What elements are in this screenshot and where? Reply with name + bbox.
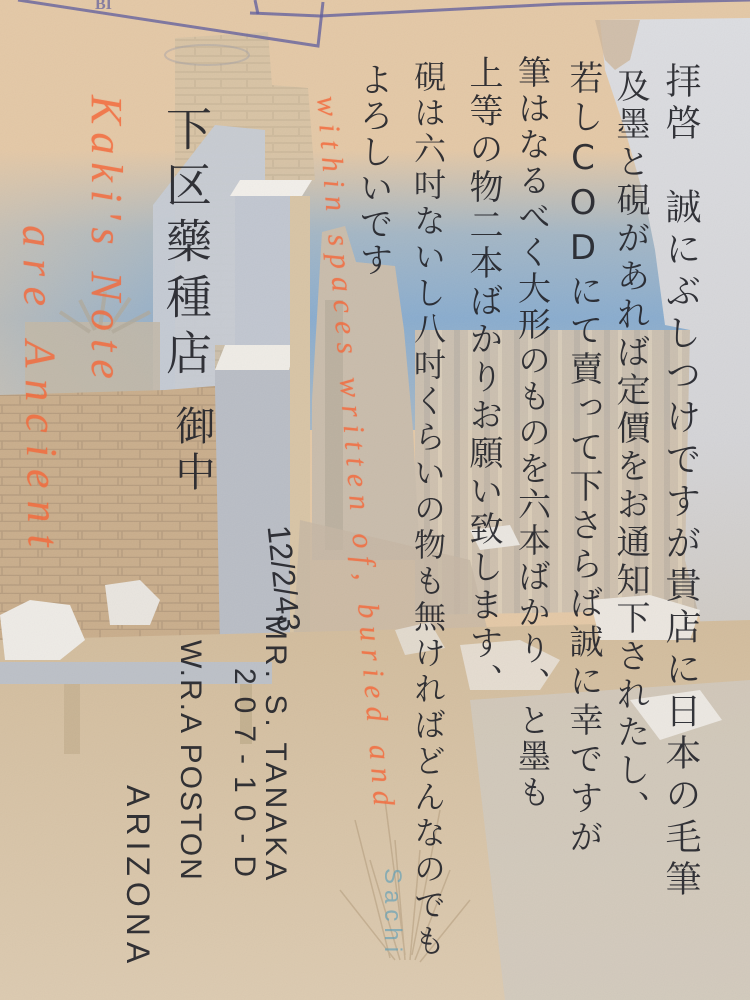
letter-column-6: 硯は六吋ないし八吋くらいの物も無ければどんなのでも bbox=[412, 60, 444, 960]
collage-artwork: BI 拝啓 誠にぶしつけですが貴店に日本の毛筆 及墨と硯があれば定價をお通知下さ… bbox=[0, 0, 750, 1000]
letter-column-7: よろしいです bbox=[356, 62, 390, 278]
sender-camp: W.R.A POSTON bbox=[175, 640, 205, 882]
letter-column-5: 上等の物二本ばかりお願い致します、 bbox=[466, 55, 500, 701]
recipient-honorific: 御中 bbox=[172, 405, 212, 497]
letter-column-4: 筆はなるべく大形のものを六本ばかり、と墨も bbox=[516, 55, 549, 811]
letter-column-1: 拝啓 誠にぶしつけですが貴店に日本の毛筆 bbox=[662, 62, 698, 902]
letter-column-3: 若しCODにて賣って下さらば誠に幸ですが bbox=[566, 60, 600, 858]
orange-crayon-line-1: Kaki's Note bbox=[84, 95, 128, 387]
blue-crayon-signature: Sachi bbox=[380, 868, 404, 958]
letter-column-2: 及墨と硯があれば定價をお通知下されたし、 bbox=[613, 68, 647, 828]
orange-crayon-line-2: are Ancient bbox=[15, 225, 65, 559]
sender-name: MR. S. TANAKA bbox=[260, 615, 290, 884]
sender-state: ARIZONA bbox=[122, 785, 154, 969]
recipient-name: 下区藥種店 bbox=[163, 105, 209, 385]
sender-unit: 207-10-D bbox=[229, 668, 259, 889]
